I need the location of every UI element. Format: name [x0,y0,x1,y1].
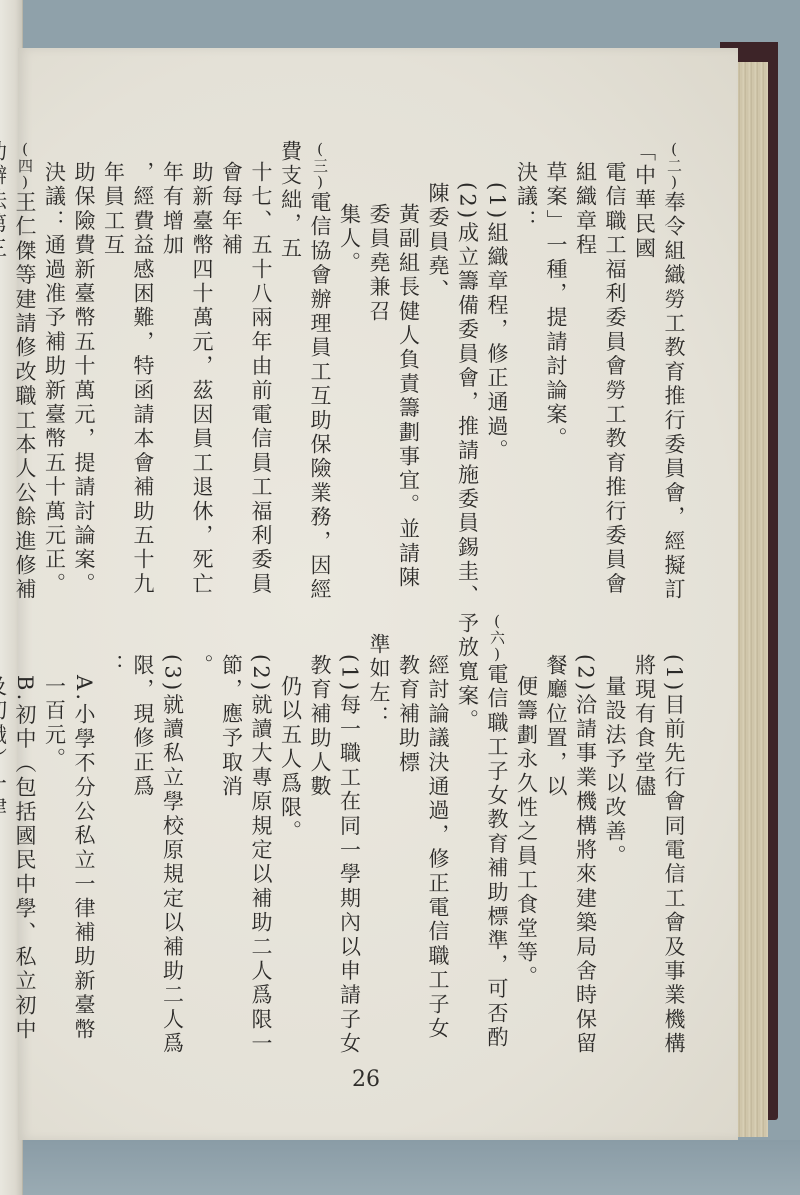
item-marker: (六) [488,612,506,663]
resolution-sub-item-cont: 便籌劃永久性之員工食堂等。 [511,612,541,1062]
page-stack-edge [735,62,768,1137]
item-2-line: (二)奉令組織勞工教育推行委員會，經擬訂「中華民國 [629,140,688,610]
item-3-line: 十七、五十八兩年由前電信員工福利委員會每年補 [216,140,275,610]
standard-sub-item-cont: 仍以五人爲限。 [275,612,305,1062]
item-6-line: (六)電信職工子女教育補助標準，可否酌予放寬案。 [452,612,511,1062]
item-3-line: 助新臺幣四十萬元，茲因員工退休，死亡年有增加 [157,140,216,610]
resolution-sub-item-cont: 黃副組長健人負責籌劃事宜。並請陳委員堯兼召 [364,140,423,610]
resolution-sub-item: (1)組織章程，修正通過。 [482,140,512,610]
page-number: 26 [352,1067,380,1092]
item-6-line: 準如左： [364,612,394,1062]
item-3-line: ，經費益感困難，特函請本會補助五十九年員工互 [98,140,157,610]
standard-sub-item-cont: ： [98,612,128,1062]
item-2-line: 電信職工福利委員會勞工教育推行委員會組織章程 [570,140,629,610]
standard-sub-item: (2)就讀大專原規定以補助二人爲限一節，應予取消 [216,612,275,1062]
resolution-sub-item: (2)成立籌備委員會，推請施委員錫圭、陳委員堯、 [423,140,482,610]
standard-sub-item: (3)就讀私立學校原規定以補助二人爲限，現修正爲 [128,612,187,1062]
scan-backdrop [0,1140,800,1195]
item-4-line: (四)王仁傑等建請修改職工本人公餘進修補助辦法第三 [0,140,39,610]
resolution-sub-item-cont: 量設法予以改善。 [600,612,630,1062]
resolution-sub-item: (1)目前先行會同電信工會及事業機構將現有食堂儘 [629,612,688,1062]
clause-b: B.初中（包括國民中學、私立初中及初職）一律 [0,612,39,1062]
resolution-label: 決議： [511,140,541,610]
standard-sub-item: (1)每一職工在同一學期內以申請子女教育補助人數 [305,612,364,1062]
item-2-line: 草案」一種，提請討論案。 [541,140,571,610]
item-marker: (三) [311,140,329,191]
resolution-sub-item: (2)洽請事業機構將來建築局舍時保留餐廳位置，以 [541,612,600,1062]
top-text-block: (二)奉令組織勞工教育推行委員會，經擬訂「中華民國 電信職工福利委員會勞工教育推… [0,140,688,610]
item-6-line: 經討論議決通過，修正電信職工子女教育補助標 [393,612,452,1062]
clause-a: A.小學不分公私立一律補助新臺幣一百元。 [39,612,98,1062]
bottom-text-block: (1)目前先行會同電信工會及事業機構將現有食堂儘 量設法予以改善。 (2)洽請事… [0,612,688,1062]
item-3-line: (三)電信協會辦理員工互助保險業務，因經費支絀，五 [275,140,334,610]
item-marker: (二) [665,140,683,191]
item-3-line: 助保險費新臺幣五十萬元，提請討論案。 [69,140,99,610]
resolution-sub-item-cont: 集人。 [334,140,364,610]
standard-sub-item-cont: 。 [187,612,217,1062]
item-marker: (四) [16,140,34,191]
resolution-text: 決議：通過准予補助新臺幣五十萬元正。 [39,140,69,610]
